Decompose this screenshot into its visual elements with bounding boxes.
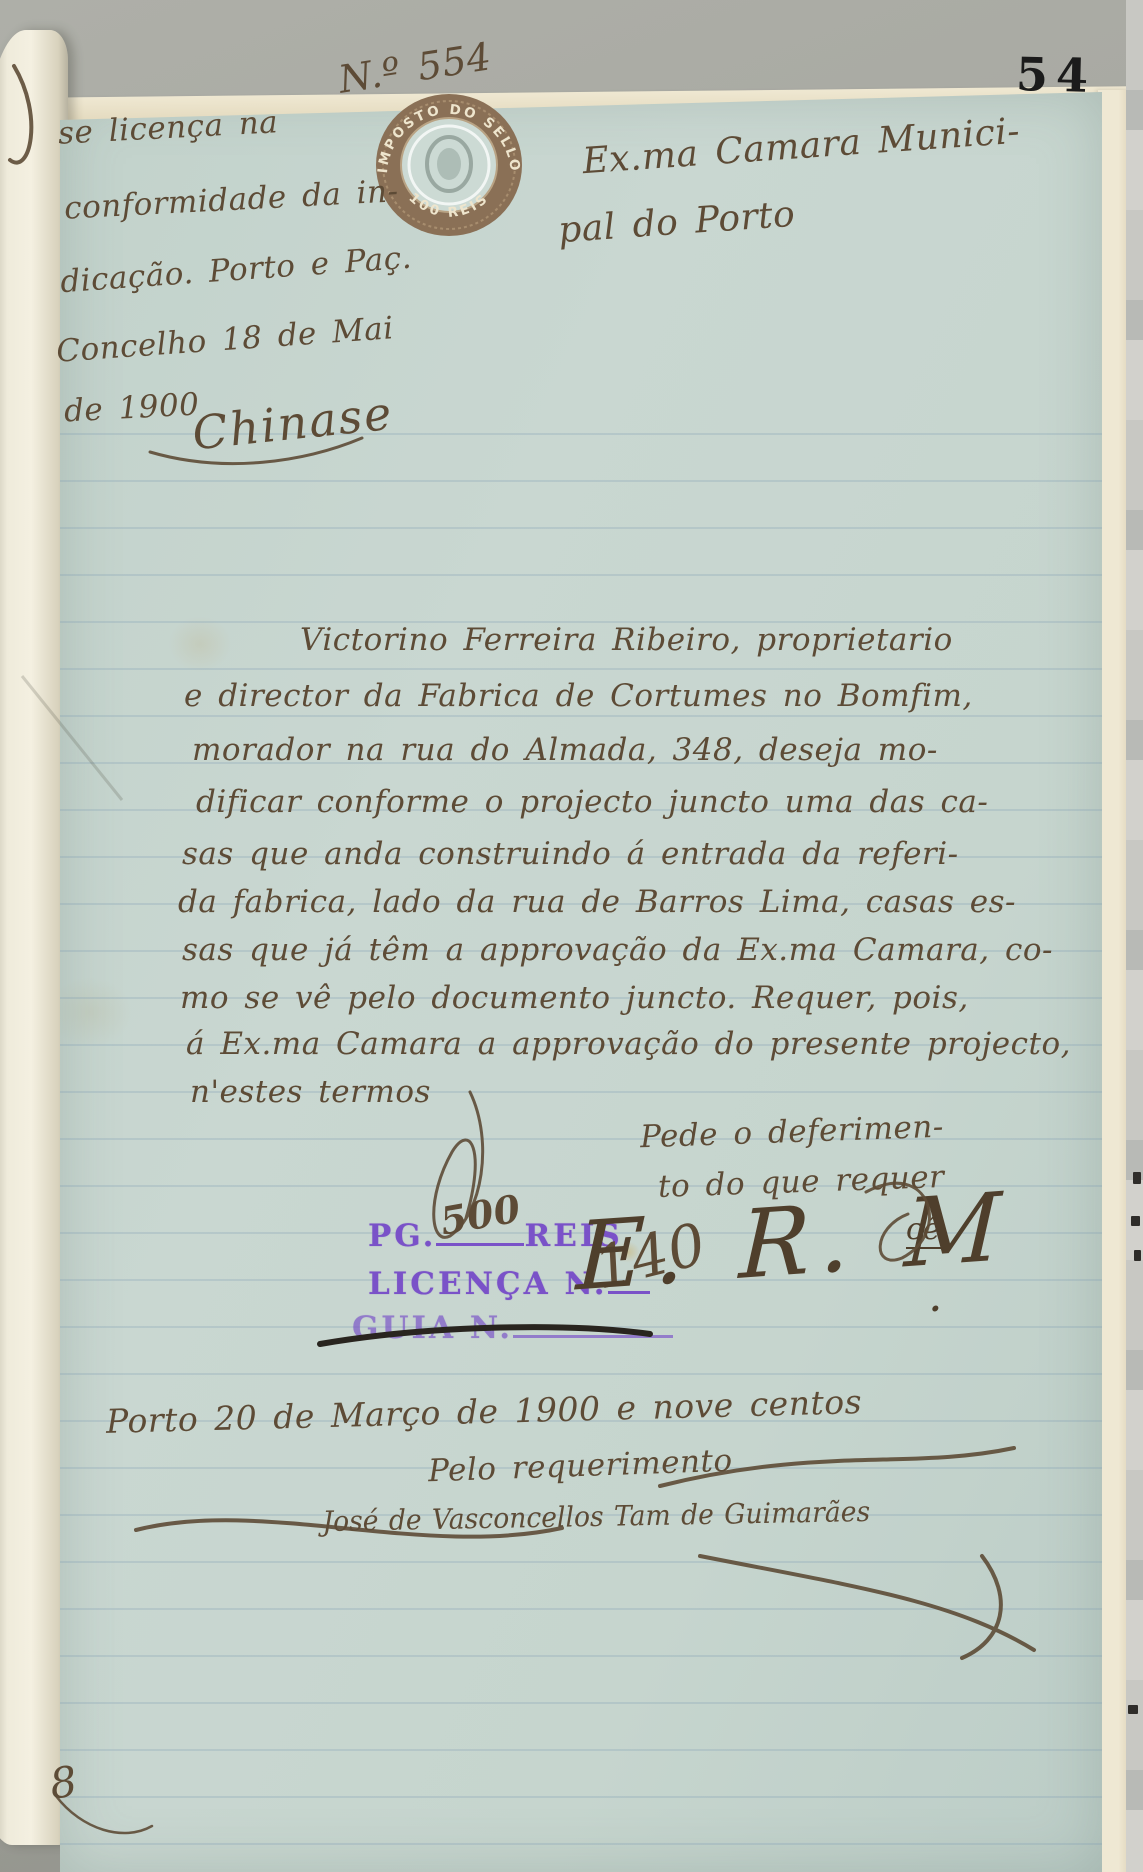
right-stack-ink-mark [1134,1250,1141,1261]
fee-stamp-guia-blank [513,1334,673,1338]
body-line: Victorino Ferreira Ribeiro, proprietario [300,622,953,658]
body-line: n'estes termos [190,1074,431,1110]
right-stack-ink-mark [1128,1705,1138,1714]
left-page-curl [0,30,68,1845]
petitioner-signature-superscript: cê [906,1212,941,1249]
margin-note-line: de 1900 [63,386,200,429]
right-page-stack [1126,0,1143,1872]
body-line: mo se vê pelo documento juncto. Requer, … [180,980,969,1016]
fee-stamp-guia-line: GUIA N. [352,1310,673,1346]
body-line: á Ex.ma Camara a approvação do presente … [186,1026,1071,1062]
ruled-lines [60,388,1102,1872]
body-line: sas que anda construindo á entrada da re… [182,836,959,872]
fee-stamp-licenca-label: LICENÇA N. [368,1266,608,1302]
scanned-document-page: IMPOSTO DO SELLO 100 REIS 54 N.º 554 se … [0,0,1143,1872]
right-stack-ink-mark [1131,1216,1140,1226]
body-line: morador na rua do Almada, 348, deseja mo… [192,732,938,768]
body-line: dificar conforme o projecto juncto uma d… [196,784,988,820]
fee-stamp-guia-label: GUIA N. [352,1310,513,1346]
body-line: da fabrica, lado da rua de Barros Lima, … [178,884,1016,920]
right-stack-ink-mark [1133,1172,1141,1184]
folio-number-stamp: 54 [1015,47,1096,103]
petitioner-signature-period: . [928,1268,943,1322]
body-line: e director da Fabrica de Cortumes no Bom… [184,678,973,714]
fee-stamp-pg-label: PG. [368,1218,436,1254]
body-line: sas que já têm a approvação da Ex.ma Cam… [182,932,1053,968]
